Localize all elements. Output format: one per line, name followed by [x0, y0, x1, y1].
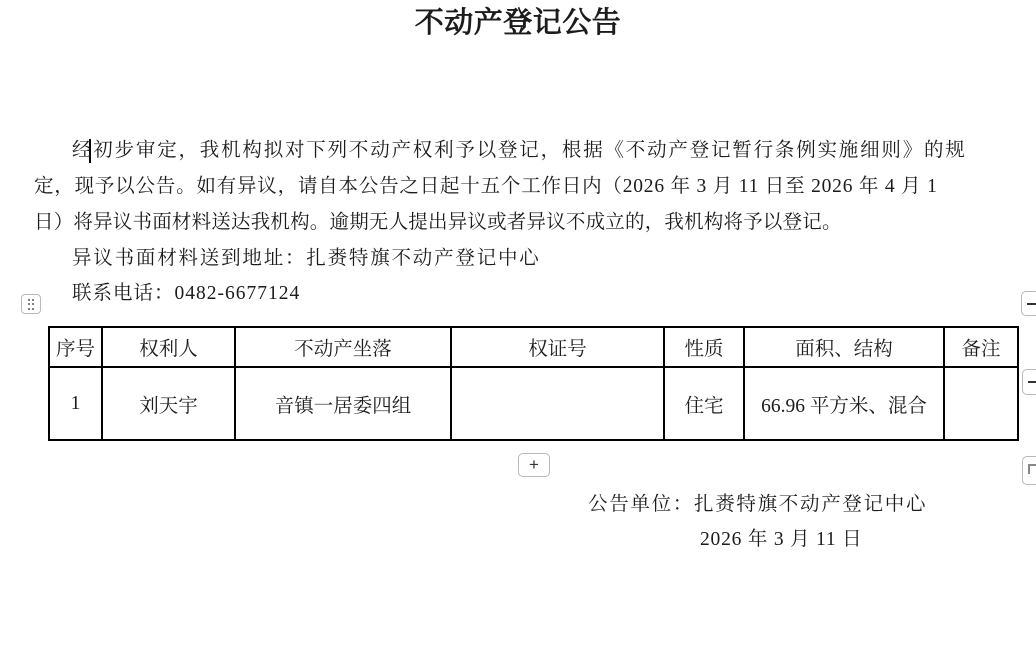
- header-cell-owner[interactable]: 权利人: [102, 327, 235, 367]
- edge-collapse-button[interactable]: [1021, 291, 1036, 316]
- date-line[interactable]: 2026 年 3 月 11 日: [700, 523, 862, 551]
- header-cell-remarks[interactable]: 备注: [944, 327, 1018, 367]
- issuer-line[interactable]: 公告单位：扎赉特旗不动产登记中心: [588, 488, 927, 516]
- address-line[interactable]: 异议书面材料送到地址：扎赉特旗不动产登记中心: [72, 246, 541, 271]
- header-cell-nature[interactable]: 性质: [664, 327, 744, 367]
- table-row: 1 刘天宇 音镇一居委四组 住宅 66.96 平方米、混合: [49, 367, 1018, 440]
- header-cell-location[interactable]: 不动产坐落: [235, 327, 451, 367]
- announcement-table[interactable]: 序号 权利人 不动产坐落 权证号 性质 面积、结构 备注 1 刘天宇 音镇一居委…: [48, 326, 1019, 441]
- table-header-row: 序号 权利人 不动产坐落 权证号 性质 面积、结构 备注: [49, 327, 1018, 367]
- paragraph-line[interactable]: 经初步审定，我机构拟对下列不动产权利予以登记，根据《不动产登记暂行条例实施细则》…: [72, 138, 967, 163]
- cell-index[interactable]: 1: [49, 367, 102, 440]
- add-row-button[interactable]: +: [518, 453, 550, 477]
- minus-icon: [1028, 381, 1036, 383]
- cell-nature[interactable]: 住宅: [664, 367, 744, 440]
- header-cell-cert-no[interactable]: 权证号: [451, 327, 664, 367]
- header-cell-index[interactable]: 序号: [49, 327, 102, 367]
- partial-glyph-icon: [1028, 464, 1036, 474]
- grip-dots-icon: [28, 299, 35, 310]
- plus-icon: +: [529, 455, 539, 475]
- paragraph-line[interactable]: 定，现予以公告。如有异议，请自本公告之日起十五个工作日内（2026 年 3 月 …: [34, 174, 938, 199]
- cell-cert-no[interactable]: [451, 367, 664, 440]
- phone-line[interactable]: 联系电话：0482-6677124: [72, 281, 300, 306]
- edge-partial-button[interactable]: [1022, 456, 1036, 485]
- cell-remarks[interactable]: [944, 367, 1018, 440]
- table-drag-handle[interactable]: [21, 294, 41, 314]
- header-cell-area[interactable]: 面积、结构: [744, 327, 944, 367]
- cell-location[interactable]: 音镇一居委四组: [235, 367, 451, 440]
- edge-add-column-button[interactable]: [1022, 369, 1036, 395]
- cell-owner[interactable]: 刘天宇: [102, 367, 235, 440]
- minus-icon: [1027, 303, 1036, 305]
- cell-area[interactable]: 66.96 平方米、混合: [744, 367, 944, 440]
- page-title[interactable]: 不动产登记公告: [0, 0, 1036, 41]
- document-canvas[interactable]: { "document": { "title": "不动产登记公告", "par…: [0, 0, 1036, 655]
- paragraph-line[interactable]: 日）将异议书面材料送达我机构。逾期无人提出异议或者异议不成立的，我机构将予以登记…: [34, 210, 842, 235]
